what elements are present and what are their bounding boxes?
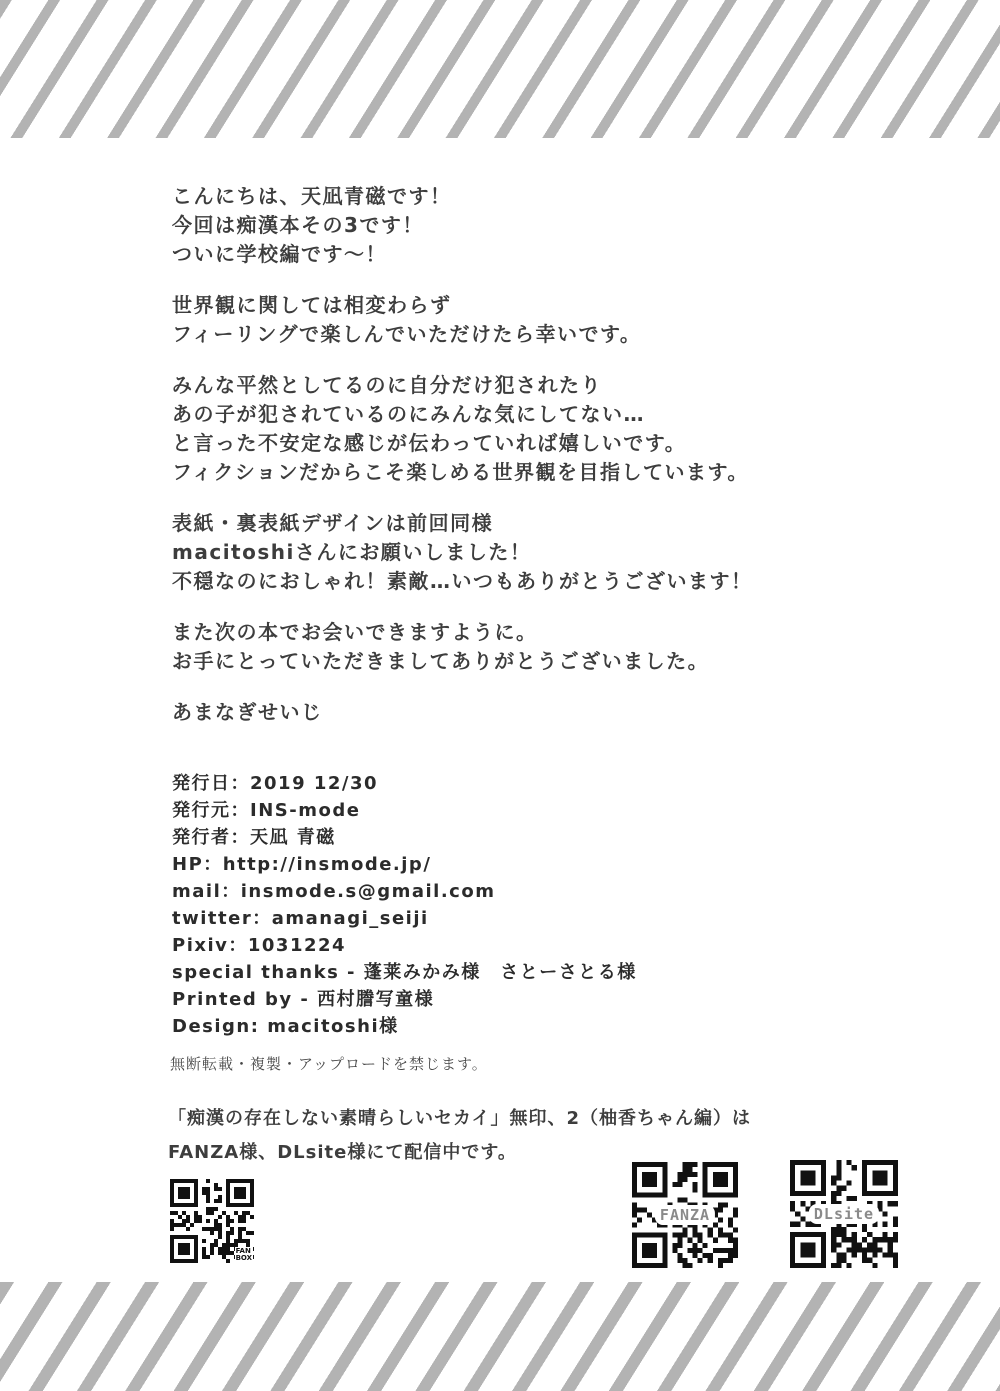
message-paragraph: 表紙・裏表紙デザインは前回同様 macitoshiさんにお願いしました！ 不穏な… — [172, 509, 753, 596]
qr-code-dlsite: DLsite — [790, 1160, 898, 1268]
qr-label-fanza: FANZA — [655, 1205, 715, 1225]
message-line: あの子が犯されているのにみんな気にしてない… — [172, 400, 753, 429]
message-line: お手にとっていただきましてありがとうございました。 — [172, 647, 753, 676]
qr-code-fanza: FANZA — [632, 1162, 738, 1268]
message-line: 表紙・裏表紙デザインは前回同様 — [172, 509, 753, 538]
announcement-line: 「痴漢の存在しない素晴らしいセカイ」無印、2（柚香ちゃん編）は — [168, 1102, 751, 1136]
copyright-notice: 無断転載・複製・アップロードを禁じます。 — [170, 1053, 488, 1074]
colophon-designer: Design: macitoshi様 — [172, 1013, 637, 1040]
qr-label-fanbox: FAN BOX — [235, 1247, 253, 1263]
colophon-pixiv: Pixiv：1031224 — [172, 932, 637, 959]
message-paragraph: 世界観に関しては相変わらず フィーリングで楽しんでいただけたら幸いです。 — [172, 291, 753, 349]
message-line: こんにちは、天凪青磁です！ — [172, 182, 753, 211]
message-line: みんな平然としてるのに自分だけ犯されたり — [172, 371, 753, 400]
message-line: 不穏なのにおしゃれ！素敵…いつもありがとうございます！ — [172, 567, 753, 596]
message-line: また次の本でお会いできますように。 — [172, 618, 753, 647]
colophon: 発行日：2019 12/30 発行元：INS-mode 発行者：天凪 青磁 HP… — [172, 770, 637, 1040]
message-paragraph: また次の本でお会いできますように。 お手にとっていただきましてありがとうございま… — [172, 618, 753, 676]
message-paragraph: みんな平然としてるのに自分だけ犯されたり あの子が犯されているのにみんな気にして… — [172, 371, 753, 487]
colophon-mail: mail：insmode.s@gmail.com — [172, 878, 637, 905]
colophon-printer: Printed by - 西村謄写童様 — [172, 986, 637, 1013]
message-line: ついに学校編です〜！ — [172, 240, 753, 269]
afterword-message: こんにちは、天凪青磁です！ 今回は痴漢本その3です！ ついに学校編です〜！ 世界… — [172, 182, 753, 749]
colophon-homepage: HP：http://insmode.jp/ — [172, 851, 637, 878]
bottom-stripe-decoration — [0, 1282, 1000, 1391]
message-line: と言った不安定な感じが伝わっていれば嬉しいです。 — [172, 429, 753, 458]
message-line: macitoshiさんにお願いしました！ — [172, 538, 753, 567]
top-stripe-decoration — [0, 0, 1000, 138]
message-line: 世界観に関しては相変わらず — [172, 291, 753, 320]
afterword-page: こんにちは、天凪青磁です！ 今回は痴漢本その3です！ ついに学校編です〜！ 世界… — [0, 0, 1000, 1391]
message-line: 今回は痴漢本その3です！ — [172, 211, 753, 240]
qr-label-dlsite: DLsite — [809, 1204, 879, 1224]
author-signature: あまなぎせいじ — [172, 698, 753, 727]
message-line: あまなぎせいじ — [172, 698, 753, 727]
distribution-announcement: 「痴漢の存在しない素晴らしいセカイ」無印、2（柚香ちゃん編）は FANZA様、D… — [168, 1102, 751, 1170]
message-line: フィクションだからこそ楽しめる世界観を目指しています。 — [172, 458, 753, 487]
colophon-publish-date: 発行日：2019 12/30 — [172, 770, 637, 797]
colophon-twitter: twitter：amanagi_seiji — [172, 905, 637, 932]
colophon-author: 発行者：天凪 青磁 — [172, 824, 637, 851]
colophon-special-thanks: special thanks - 蓬莱みかみ様 さとーさとる様 — [172, 959, 637, 986]
message-line: フィーリングで楽しんでいただけたら幸いです。 — [172, 320, 753, 349]
message-paragraph: こんにちは、天凪青磁です！ 今回は痴漢本その3です！ ついに学校編です〜！ — [172, 182, 753, 269]
colophon-publisher: 発行元：INS-mode — [172, 797, 637, 824]
qr-code-fanbox: FAN BOX — [170, 1179, 254, 1263]
